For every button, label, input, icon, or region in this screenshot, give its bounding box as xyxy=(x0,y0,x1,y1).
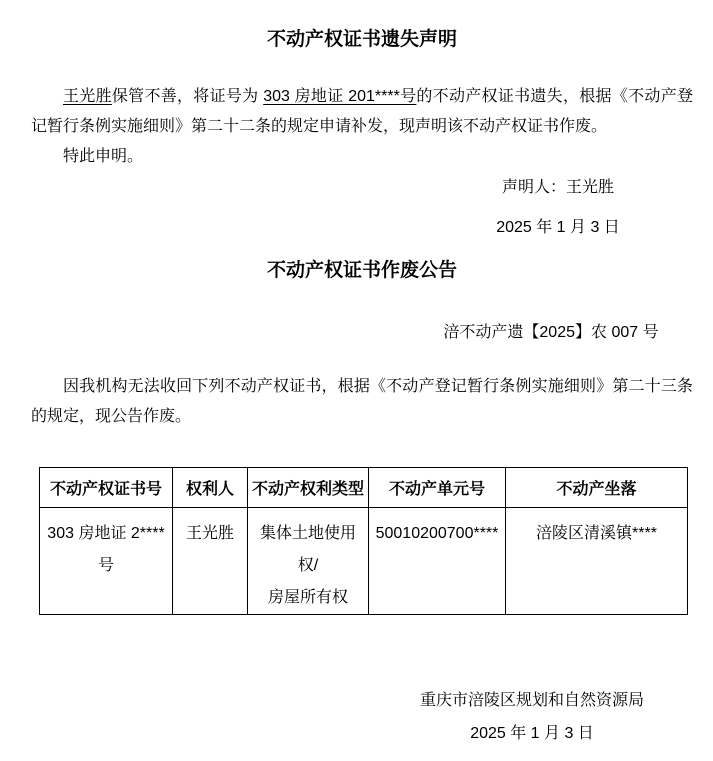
table-row: 303 房地证 2****号 王光胜 集体土地使用权/ 房屋所有权 500102… xyxy=(40,508,688,615)
underlined-owner-name: 王光胜 xyxy=(63,88,112,105)
issuer-name: 重庆市涪陵区规划和自然资源局 xyxy=(392,686,672,716)
cell-location: 涪陵区清溪镇**** xyxy=(506,508,688,615)
underlined-cert-number: 303 房地证 201****号 xyxy=(263,88,416,105)
declaration-signature-block: 声明人：王光胜 2025 年 1 月 3 日 xyxy=(438,173,678,243)
document-page: 不动产权证书遗失声明 王光胜保管不善，将证号为 303 房地证 201****号… xyxy=(0,0,713,761)
notice-date: 2025 年 1 月 3 日 xyxy=(392,719,672,749)
cell-unit-number: 50010200700**** xyxy=(369,508,506,615)
cell-right-holder: 王光胜 xyxy=(173,508,248,615)
header-cert-number: 不动产权证书号 xyxy=(40,468,173,508)
table-header-row: 不动产权证书号 权利人 不动产权利类型 不动产单元号 不动产坐落 xyxy=(40,468,688,508)
notice-signature-block: 重庆市涪陵区规划和自然资源局 2025 年 1 月 3 日 xyxy=(392,686,672,749)
declaration-title: 不动产权证书遗失声明 xyxy=(31,30,693,50)
certificate-table: 不动产权证书号 权利人 不动产权利类型 不动产单元号 不动产坐落 303 房地证… xyxy=(39,467,688,615)
declarant-line: 声明人：王光胜 xyxy=(438,173,678,203)
declaration-closing-line: 特此申明。 xyxy=(31,142,693,172)
declaration-body-text-1: 保管不善，将证号为 xyxy=(112,88,263,105)
header-right-holder: 权利人 xyxy=(173,468,248,508)
header-unit-number: 不动产单元号 xyxy=(369,468,506,508)
notice-title: 不动产权证书作废公告 xyxy=(31,261,693,281)
header-location: 不动产坐落 xyxy=(506,468,688,508)
cell-right-type-line-1: 集体土地使用权/ xyxy=(250,518,366,582)
header-right-type: 不动产权利类型 xyxy=(248,468,369,508)
cell-right-type-line-2: 房屋所有权 xyxy=(250,582,366,614)
cell-cert-number: 303 房地证 2****号 xyxy=(40,508,173,615)
declaration-body: 王光胜保管不善，将证号为 303 房地证 201****号的不动产权证书遗失，根… xyxy=(31,82,693,142)
notice-body: 因我机构无法收回下列不动产权证书，根据《不动产登记暂行条例实施细则》第二十三条的… xyxy=(31,372,693,432)
notice-doc-number: 涪不动产遗【2025】农 007 号 xyxy=(421,318,681,348)
cell-right-type: 集体土地使用权/ 房屋所有权 xyxy=(248,508,369,615)
declaration-date: 2025 年 1 月 3 日 xyxy=(438,213,678,243)
